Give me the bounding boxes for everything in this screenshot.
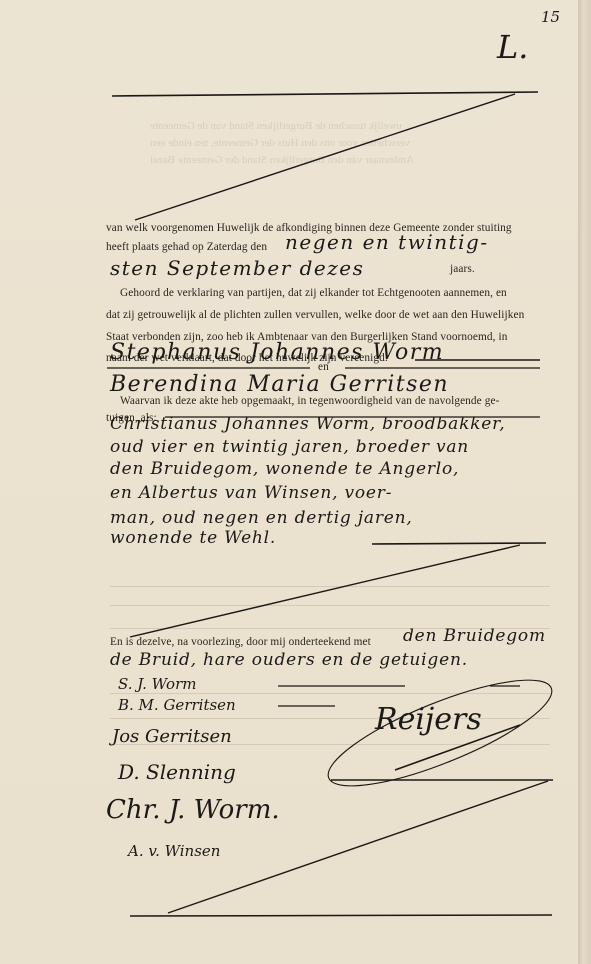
signed-with-2: de Bruid, hare ouders en de getuigen. [110,650,468,670]
signature-official: Reijers [375,702,482,737]
witness-line: man, oud negen en dertig jaren, [110,508,413,528]
witness-line: den Bruidegom, wonende te Angerlo, [110,459,459,479]
strike-lines [0,0,591,964]
witness-line: en Albertus van Winsen, voer- [110,483,392,503]
printed-line: jaars. [450,263,475,275]
signature-witness: D. Slenning [118,760,236,784]
witness-line: oud vier en twintig jaren, broeder van [110,437,469,457]
signature-groom: S. J. Worm [118,675,197,693]
signature-witness: Jos Gerritsen [112,726,232,747]
printed-line: En is dezelve, na voorlezing, door mij o… [110,636,371,648]
handwritten-date-2: sten September dezes [110,256,364,280]
signed-with-1: den Bruidegom [403,626,546,646]
groom-name: Stephanus Johannes Worm [110,340,444,365]
signature-witness: Chr. J. Worm. [106,795,280,825]
bride-name: Berendina Maria Gerritsen [110,372,449,397]
printed-line: Waarvan ik deze akte heb opgemaakt, in t… [120,395,499,407]
witness-line: Christianus Johannes Worm, broodbakker, [110,414,505,434]
handwritten-date-1: negen en twintig- [285,230,489,254]
printed-line: Gehoord de verklaring van partijen, dat … [120,287,507,299]
witness-line: wonende te Wehl. [110,528,276,548]
signature-witness: A. v. Winsen [128,842,220,860]
signature-bride: B. M. Gerritsen [118,696,236,714]
printed-line: heeft plaats gehad op Zaterdag den [106,241,267,253]
printed-line: dat zij getrouwelijk al de plichten zull… [106,309,524,321]
